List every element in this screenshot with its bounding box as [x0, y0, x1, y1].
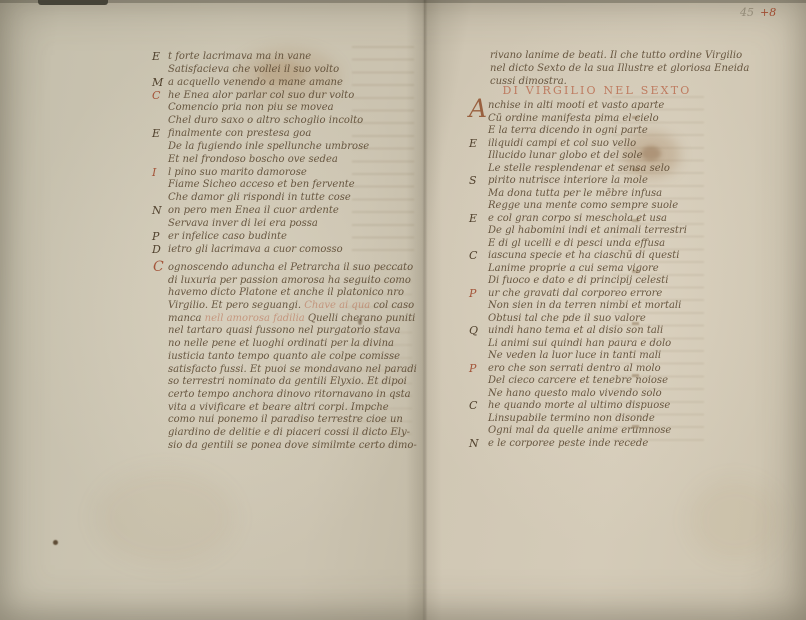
verse-text: Le stelle resplendenar et sensa selo: [488, 163, 670, 174]
verse-line: Et nel frondoso boscho ove sedea: [168, 154, 369, 167]
prose-line: iusticia tanto tempo quanto ale colpe co…: [168, 351, 417, 364]
verse-line: Ma acquello venendo a mane amane: [168, 77, 369, 90]
prose-red-segment: nell amorosa fadilia: [205, 313, 308, 324]
verse-text: Fiame Sicheo acceso et ben fervente: [168, 179, 355, 190]
prose-segment: certo tempo anchora dinovo ritornavano i…: [168, 389, 411, 400]
verse-initial: E: [152, 128, 160, 141]
verse-text: l pino suo marito damorose: [168, 167, 307, 178]
verse-text: t forte lacrimava ma in vane: [168, 51, 311, 62]
verse-text: Et nel frondoso boscho ove sedea: [168, 154, 338, 165]
prose-line: Cognoscendo aduncha el Petrarcha il suo …: [168, 262, 417, 275]
verse-text: on pero men Enea il cuor ardente: [168, 205, 339, 216]
verse-text: he quando morte al ultimo dispuose: [488, 400, 670, 411]
right-prose-block: rivano lanime de beati. Il che tutto ord…: [490, 50, 749, 89]
verse-line: De gl habomini indi et animali terrestri: [488, 225, 687, 238]
verse-text: e col gran corpo si meschola et usa: [488, 213, 667, 224]
verse-line: Lanime proprie a cui sema vigore: [488, 263, 687, 276]
verse-text: Linsupabile termino non disonde: [488, 413, 655, 424]
verse-line: Spirito nutrisce interiore la mole: [488, 175, 687, 188]
prose-segment: giardino de delitie e di piaceri cossi i…: [168, 427, 410, 438]
verse-initial: M: [152, 77, 163, 90]
verse-text: Satisfacieva che vollei il suo volto: [168, 64, 339, 75]
verse-line: Che Enea alor parlar col suo dur volto: [168, 90, 369, 103]
verse-line: Linsupabile termino non disonde: [488, 413, 687, 426]
prose-line: vita a vivificare et beare altri corpi. …: [168, 402, 417, 415]
verse-line: Non sien in da terren nimbi et mortali: [488, 300, 687, 313]
verse-line: Pero che son serrati dentro al molo: [488, 363, 687, 376]
verse-text: Li animi sui quindi han paura e dolo: [488, 338, 671, 349]
verse-text: Lanime proprie a cui sema vigore: [488, 263, 659, 274]
prose-line: di luxuria per passion amorosa ha seguit…: [168, 275, 417, 288]
verse-text: Ma dona tutta per le mēbre infusa: [488, 188, 662, 199]
verse-text: iascuna specie et ha ciaschū di questi: [488, 250, 679, 261]
verse-text: Ogni mal da quelle anime erumnose: [488, 425, 671, 436]
verse-initial: D: [152, 244, 161, 257]
verse-line: Il pino suo marito damorose: [168, 167, 369, 180]
manuscript-spread: 45+8 Et forte lacrimava ma in vaneSatisf…: [0, 0, 806, 620]
verse-initial: N: [152, 205, 162, 218]
top-edge-dark-strip: [38, 0, 108, 5]
verse-line: Le stelle resplendenar et sensa selo: [488, 163, 687, 176]
verse-initial: P: [469, 288, 476, 301]
verse-initial: E: [469, 138, 477, 151]
rubric-heading: DI VIRGILIO NEL SEXTO: [488, 84, 706, 97]
verse-initial: C: [469, 400, 477, 413]
verse-line: Che damor gli rispondi in tutte cose: [168, 192, 369, 205]
prose-segment: sio da gentili se ponea dove similmte ce…: [168, 440, 417, 451]
verse-line: Efinalmente con prestesa goa: [168, 128, 369, 141]
verse-initial: E: [152, 51, 160, 64]
verse-line: Chel duro saxo o altro schoglio incolto: [168, 115, 369, 128]
verse-text: iliquidi campi et col suo vello: [488, 138, 636, 149]
top-edge-shadow: [0, 0, 806, 3]
verse-line: Quindi hano tema et al disio son tali: [488, 325, 687, 338]
prose-red-segment: Chave ai qua: [304, 300, 370, 311]
prose-line: rivano lanime de beati. Il che tutto ord…: [490, 50, 749, 63]
verse-line: Ne hano questo malo vivendo solo: [488, 388, 687, 401]
prose-segment: no nelle pene et luoghi ordinati per la …: [168, 338, 394, 349]
verse-text: Ne hano questo malo vivendo solo: [488, 388, 662, 399]
verse-initial: C: [152, 90, 160, 103]
prose-line: Virgilio. Et pero seguangi. Chave ai qua…: [168, 300, 417, 313]
verse-line: Anchise in alti mooti et vasto aparte: [488, 100, 687, 113]
verse-text: finalmente con prestesa goa: [168, 128, 311, 139]
verse-text: E di gl ucelli e di pesci unda effusa: [488, 238, 665, 249]
prose-segment: Virgilio. Et pero seguangi.: [168, 300, 304, 311]
verse-line: Li animi sui quindi han paura e dolo: [488, 338, 687, 351]
verse-text: Illucido lunar globo et del sole: [488, 150, 643, 161]
verse-line: Dietro gli lacrimava a cuor comosso: [168, 244, 369, 257]
verse-text: Chel duro saxo o altro schoglio incolto: [168, 115, 363, 126]
verse-text: a acquello venendo a mane amane: [168, 77, 343, 88]
verse-text: Non sien in da terren nimbi et mortali: [488, 300, 681, 311]
verse-text: De la fugiendo inle spellunche umbrose: [168, 141, 369, 152]
verse-line: Obtusi tal che pde il suo valore: [488, 313, 687, 326]
prose-initial: C: [153, 261, 164, 274]
verse-text: er infelice caso budinte: [168, 231, 287, 242]
verse-line: Non pero men Enea il cuor ardente: [168, 205, 369, 218]
verse-text: ur che gravati dal corporeo errore: [488, 288, 662, 299]
verse-line: De la fugiendo inle spellunche umbrose: [168, 141, 369, 154]
prose-segment: iusticia tanto tempo quanto ale colpe co…: [168, 351, 400, 362]
right-verse-block: Anchise in alti mooti et vasto aparteCū …: [488, 100, 687, 450]
verse-line: Et forte lacrimava ma in vane: [168, 51, 369, 64]
verse-initial: S: [469, 175, 477, 188]
verse-line: Del cieco carcere et tenebre noiose: [488, 375, 687, 388]
prose-line: nel tartaro quasi fussono nel purgatorio…: [168, 325, 417, 338]
verse-initial: Q: [469, 325, 478, 338]
verse-text: E la terra dicendo in ogni parte: [488, 125, 648, 136]
left-prose-block: Cognoscendo aduncha el Petrarcha il suo …: [168, 262, 417, 452]
prose-segment: nel tartaro quasi fussono nel purgatorio…: [168, 325, 401, 336]
verse-text: Di fuoco e dato e di principij celesti: [488, 275, 668, 286]
verse-line: Per infelice caso budinte: [168, 231, 369, 244]
folio-numbers: 45+8: [740, 6, 776, 19]
verse-line: Servava inver di lei era possa: [168, 218, 369, 231]
prose-line: nel dicto Sexto de la sua Illustre et gl…: [490, 63, 749, 76]
prose-line: como nui ponemo il paradiso terrestre ci…: [168, 414, 417, 427]
verse-initial: P: [469, 363, 476, 376]
prose-segment: col caso: [370, 300, 414, 311]
verse-line: Ne veden la luor luce in tanti mali: [488, 350, 687, 363]
prose-segment: di luxuria per passion amorosa ha seguit…: [168, 275, 411, 286]
verse-line: Eiliquidi campi et col suo vello: [488, 138, 687, 151]
verse-initial: C: [469, 250, 477, 263]
verse-line: Comencio pria non piu se movea: [168, 102, 369, 115]
verse-line: Ogni mal da quelle anime erumnose: [488, 425, 687, 438]
verse-text: Obtusi tal che pde il suo valore: [488, 313, 646, 324]
verse-text: Comencio pria non piu se movea: [168, 102, 334, 113]
verse-line: Ee col gran corpo si meschola et usa: [488, 213, 687, 226]
verse-text: Cū ordine manifesta pima el cielo: [488, 113, 659, 124]
prose-segment: havemo dicto Platone et anche il platoni…: [168, 287, 404, 298]
verse-line: Regge una mente como sempre suole: [488, 200, 687, 213]
verse-text: pirito nutrisce interiore la mole: [488, 175, 648, 186]
left-verse-block: Et forte lacrimava ma in vaneSatisfaciev…: [168, 51, 369, 257]
verse-text: ietro gli lacrimava a cuor comosso: [168, 244, 343, 255]
prose-line: manca nell amorosa fadilia Quelli cheran…: [168, 313, 417, 326]
prose-line: sio da gentili se ponea dove similmte ce…: [168, 440, 417, 453]
verse-text: Che damor gli rispondi in tutte cose: [168, 192, 351, 203]
folio-number-red: +8: [760, 6, 776, 19]
verse-initial: P: [152, 231, 159, 244]
verse-line: E di gl ucelli e di pesci unda effusa: [488, 238, 687, 251]
prose-segment: so terrestri nominato da gentili Elyxio.…: [168, 376, 407, 387]
verse-line: Cū ordine manifesta pima el cielo: [488, 113, 687, 126]
verse-text: Del cieco carcere et tenebre noiose: [488, 375, 668, 386]
verse-text: Servava inver di lei era possa: [168, 218, 318, 229]
prose-segment: manca: [168, 313, 205, 324]
verse-text: nchise in alti mooti et vasto aparte: [488, 100, 664, 111]
prose-line: satisfacto fussi. Et puoi se mondavano n…: [168, 364, 417, 377]
verse-text: he Enea alor parlar col suo dur volto: [168, 90, 354, 101]
verse-line: Fiame Sicheo acceso et ben fervente: [168, 179, 369, 192]
prose-line: giardino de delitie e di piaceri cossi i…: [168, 427, 417, 440]
verse-line: Satisfacieva che vollei il suo volto: [168, 64, 369, 77]
verse-line: E la terra dicendo in ogni parte: [488, 125, 687, 138]
verse-text: Ne veden la luor luce in tanti mali: [488, 350, 661, 361]
prose-line: havemo dicto Platone et anche il platoni…: [168, 287, 417, 300]
verse-text: ero che son serrati dentro al molo: [488, 363, 661, 374]
verse-line: Di fuoco e dato e di principij celesti: [488, 275, 687, 288]
prose-line: certo tempo anchora dinovo ritornavano i…: [168, 389, 417, 402]
verse-line: Illucido lunar globo et del sole: [488, 150, 687, 163]
verse-text: uindi hano tema et al disio son tali: [488, 325, 663, 336]
verse-line: Ciascuna specie et ha ciaschū di questi: [488, 250, 687, 263]
prose-segment: vita a vivificare et beare altri corpi. …: [168, 402, 389, 413]
prose-segment: como nui ponemo il paradiso terrestre ci…: [168, 414, 403, 425]
verse-initial: E: [469, 213, 477, 226]
verse-initial: N: [469, 438, 479, 451]
prose-line: no nelle pene et luoghi ordinati per la …: [168, 338, 417, 351]
verse-line: Ma dona tutta per le mēbre infusa: [488, 188, 687, 201]
verse-initial: A: [469, 96, 487, 121]
prose-segment: satisfacto fussi. Et puoi se mondavano n…: [168, 364, 417, 375]
verse-text: De gl habomini indi et animali terrestri: [488, 225, 687, 236]
verse-text: Regge una mente como sempre suole: [488, 200, 678, 211]
verse-line: Che quando morte al ultimo dispuose: [488, 400, 687, 413]
verse-text: e le corporee peste inde recede: [488, 438, 648, 449]
verse-line: Pur che gravati dal corporeo errore: [488, 288, 687, 301]
prose-segment: ognoscendo aduncha el Petrarcha il suo p…: [168, 262, 413, 273]
prose-segment: Quelli cherano puniti: [308, 313, 415, 324]
verse-initial: I: [152, 167, 156, 180]
verse-line: Ne le corporee peste inde recede: [488, 438, 687, 451]
folio-number-pencil: 45: [740, 6, 754, 19]
prose-line: so terrestri nominato da gentili Elyxio.…: [168, 376, 417, 389]
